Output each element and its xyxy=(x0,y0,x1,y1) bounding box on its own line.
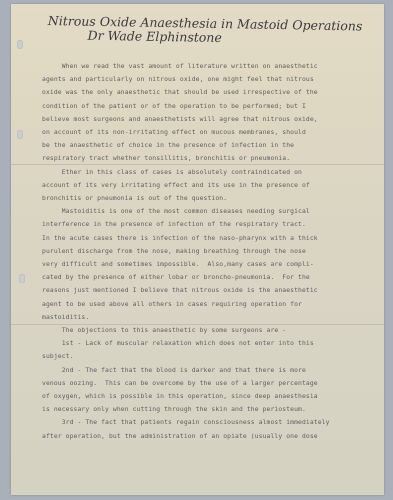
text-line: When we read the vast amount of literatu… xyxy=(42,60,372,73)
text-line: 2nd - The fact that the blood is darker … xyxy=(42,364,372,377)
text-line: agent to be used above all others in cas… xyxy=(42,298,372,311)
text-line: Mastoiditis is one of the most common di… xyxy=(42,205,372,218)
text-line: respiratory tract whether tonsillitis, b… xyxy=(42,152,372,165)
text-line: subject. xyxy=(42,350,372,363)
text-line: account of its very irritating effect an… xyxy=(42,179,372,192)
text-line: oxide was the only anaesthetic that shou… xyxy=(42,86,372,99)
text-line: believe most surgeons and anaesthetists … xyxy=(42,113,372,126)
text-line: mastoiditis. xyxy=(42,311,372,324)
text-line: of oxygen, which is possible in this ope… xyxy=(42,390,372,403)
text-line: bronchitis or pneumonia is out of the qu… xyxy=(42,192,372,205)
text-line: is necessary only when cutting through t… xyxy=(42,403,372,416)
text-line: Ether in this class of cases is absolute… xyxy=(42,166,372,179)
text-line: 1st - Lack of muscular relaxation which … xyxy=(42,337,372,350)
text-line: very difficult and sometimes impossible.… xyxy=(42,258,372,271)
text-line: In the acute cases there is infection of… xyxy=(42,232,372,245)
handwritten-title: Nitrous Oxide Anaesthesia in Mastoid Ope… xyxy=(48,14,378,48)
text-line: 3rd - The fact that patients regain cons… xyxy=(42,416,372,429)
text-line: The objections to this anaesthetic by so… xyxy=(42,324,372,337)
text-line: reasons just mentioned I believe that ni… xyxy=(42,284,372,297)
punch-hole xyxy=(19,274,25,283)
typed-body: When we read the vast amount of literatu… xyxy=(42,60,372,443)
text-line: purulent discharge from the nose, making… xyxy=(42,245,372,258)
text-line: agents and particularly on nitrous oxide… xyxy=(42,73,372,86)
text-line: be the anaesthetic of choice in the pres… xyxy=(42,139,372,152)
punch-hole xyxy=(17,130,23,139)
text-line: venous oozing. This can be overcome by t… xyxy=(42,377,372,390)
text-line: interference in the presence of infectio… xyxy=(42,218,372,231)
text-line: condition of the patient or of the opera… xyxy=(42,100,372,113)
text-line: on account of its non-irritating effect … xyxy=(42,126,372,139)
punch-hole xyxy=(17,40,23,49)
text-line: after operation, but the administration … xyxy=(42,430,372,443)
text-line: cated by the presence of either lobar or… xyxy=(42,271,372,284)
